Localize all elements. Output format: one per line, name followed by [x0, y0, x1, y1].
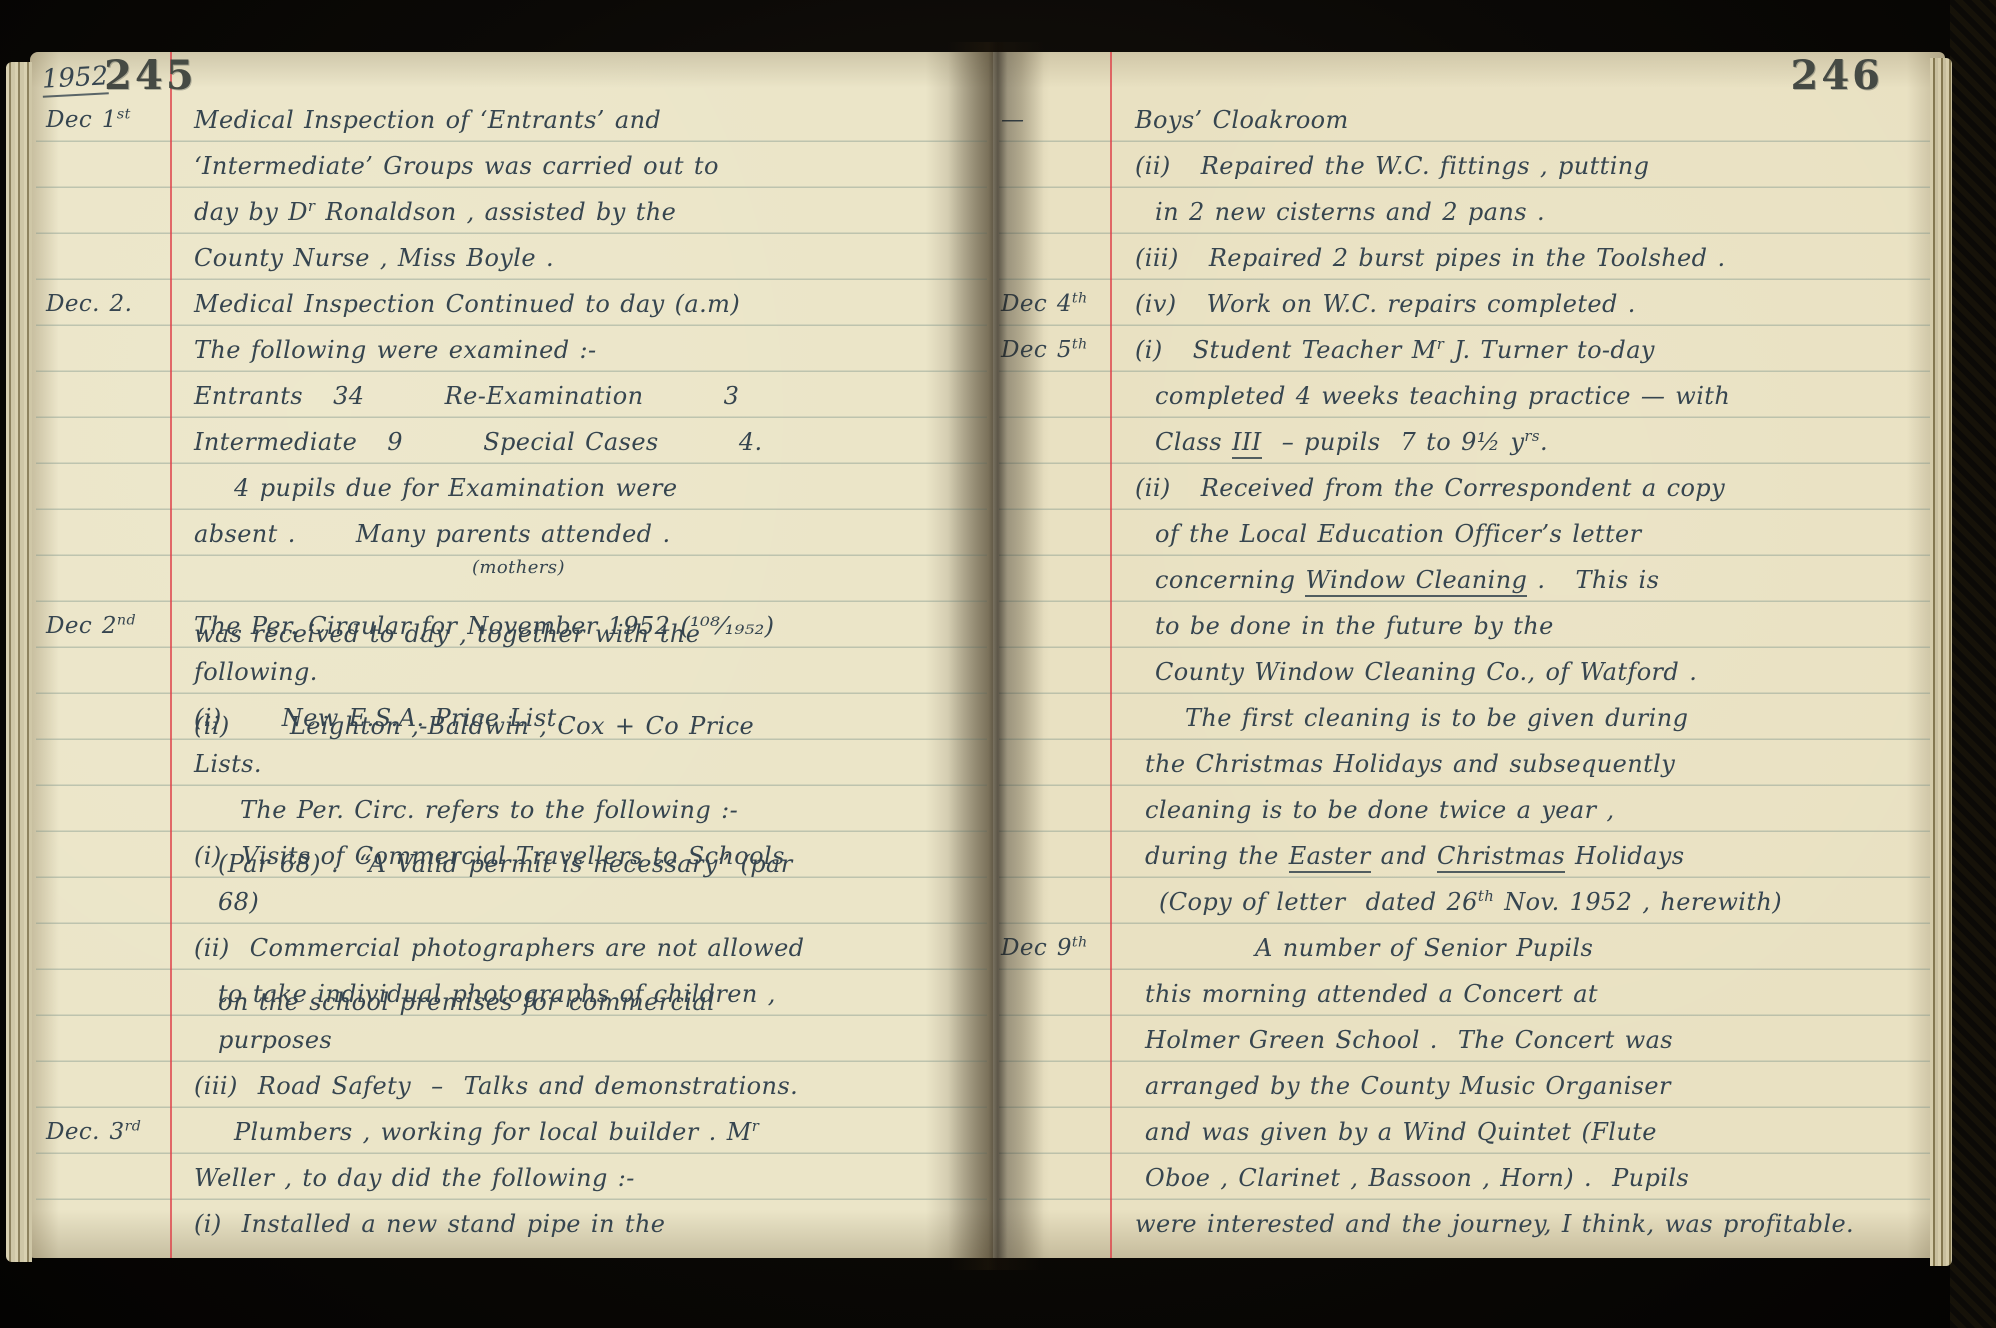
margin-date — [30, 921, 172, 924]
manuscript-line: (Par 68) . “A Valid permit is necessary”… — [30, 878, 993, 924]
entry-text: The Per. Circ. refers to the following :… — [172, 791, 993, 832]
margin-date: Dec 9th — [993, 929, 1113, 970]
margin-date — [30, 829, 172, 832]
manuscript-line: were interested and the journey, I think… — [993, 1200, 1945, 1246]
entry-text: on the school premises for commercial pu… — [172, 983, 993, 1062]
manuscript-line: cleaning is to be done twice a year , — [993, 786, 1945, 832]
entry-text: absent . Many parents attended .(mothers… — [172, 515, 993, 556]
entry-text: Intermediate 9 Special Cases 4. — [172, 423, 993, 464]
margin-date — [30, 691, 172, 694]
margin-date: Dec 4th — [993, 285, 1113, 326]
entry-text: this morning attended a Concert at — [1113, 975, 1945, 1016]
manuscript-line: arranged by the County Music Organiser — [993, 1062, 1945, 1108]
manuscript-line: Oboe , Clarinet , Bassoon , Horn) . Pupi… — [993, 1154, 1945, 1200]
entry-text: Medical Inspection of ‘Entrants’ and — [172, 101, 993, 142]
manuscript-line: Dec 9thA number of Senior Pupils — [993, 924, 1945, 970]
margin-date — [30, 507, 172, 510]
manuscript-line: during the Easter and Christmas Holidays — [993, 832, 1945, 878]
manuscript-line: absent . Many parents attended .(mothers… — [30, 510, 993, 556]
right-page-edges — [1930, 58, 1952, 1266]
left-page: 1952 245 Dec 1stMedical Inspection of ‘E… — [30, 52, 993, 1258]
left-page-header: 1952 245 — [42, 56, 197, 96]
manuscript-line: (i) Installed a new stand pipe in the — [30, 1200, 993, 1246]
entry-text: (Par 68) . “A Valid permit is necessary”… — [172, 845, 993, 924]
entry-text: concerning Window Cleaning . This is — [1113, 561, 1945, 602]
margin-date — [30, 461, 172, 464]
margin-date — [993, 737, 1113, 740]
manuscript-line: and was given by a Wind Quintet (Flute — [993, 1108, 1945, 1154]
entry-text: (ii) Received from the Correspondent a c… — [1113, 469, 1945, 510]
margin-date — [993, 599, 1113, 602]
entry-text — [172, 599, 993, 602]
manuscript-column: Dec 1stMedical Inspection of ‘Entrants’ … — [30, 96, 993, 1246]
margin-date — [30, 231, 172, 234]
margin-date — [30, 875, 172, 878]
manuscript-line: —Boys’ Cloakroom — [993, 96, 1945, 142]
margin-date — [993, 1059, 1113, 1062]
margin-date: Dec. 3rd — [30, 1113, 172, 1154]
book-spread-background: 1952 245 Dec 1stMedical Inspection of ‘E… — [0, 0, 1996, 1328]
entry-text: Class III – pupils 7 to 9½ yrs. — [1113, 423, 1945, 464]
manuscript-line: Dec. 2.Medical Inspection Continued to d… — [30, 280, 993, 326]
margin-date — [30, 185, 172, 188]
page-number-stamp: 246 — [1791, 56, 1884, 96]
entry-text: Medical Inspection Continued to day (a.m… — [172, 285, 993, 326]
manuscript-line: The first cleaning is to be given during — [993, 694, 1945, 740]
margin-date — [30, 1059, 172, 1062]
manuscript-line: Intermediate 9 Special Cases 4. — [30, 418, 993, 464]
entry-text: during the Easter and Christmas Holidays — [1113, 837, 1945, 878]
inserted-word: (mothers) — [472, 549, 565, 587]
entry-text: (ii) Leighton ,-Baldwin , Cox + Co Price… — [172, 707, 993, 786]
entry-text: cleaning is to be done twice a year , — [1113, 791, 1945, 832]
margin-date — [993, 921, 1113, 924]
book-binding — [1950, 0, 1996, 1328]
manuscript-line: day by Dr Ronaldson , assisted by the — [30, 188, 993, 234]
manuscript-line: ‘Intermediate’ Groups was carried out to — [30, 142, 993, 188]
margin-date — [993, 1105, 1113, 1108]
margin-date — [30, 553, 172, 556]
manuscript-line: Weller , to day did the following :- — [30, 1154, 993, 1200]
manuscript-line: County Nurse , Miss Boyle . — [30, 234, 993, 280]
manuscript-line: (ii) Commercial photographers are not al… — [30, 924, 993, 970]
margin-date — [30, 415, 172, 418]
margin-date — [30, 1197, 172, 1200]
margin-date — [993, 461, 1113, 464]
entry-text: (iii) Road Safety – Talks and demonstrat… — [172, 1067, 993, 1108]
manuscript-line: was received to day , together with the … — [30, 648, 993, 694]
entry-text: (ii) Repaired the W.C. fittings , puttin… — [1113, 147, 1945, 188]
margin-date — [993, 1013, 1113, 1016]
margin-date — [30, 1105, 172, 1108]
manuscript-line: Dec 1stMedical Inspection of ‘Entrants’ … — [30, 96, 993, 142]
entry-text: Holmer Green School . The Concert was — [1113, 1021, 1945, 1062]
entry-text: (ii) Commercial photographers are not al… — [172, 929, 993, 970]
manuscript-line: (ii) Repaired the W.C. fittings , puttin… — [993, 142, 1945, 188]
entry-text: The first cleaning is to be given during — [1113, 699, 1945, 740]
manuscript-line: concerning Window Cleaning . This is — [993, 556, 1945, 602]
manuscript-line: completed 4 weeks teaching practice — wi… — [993, 372, 1945, 418]
manuscript-line: 4 pupils due for Examination were — [30, 464, 993, 510]
margin-date: Dec 5th — [993, 331, 1113, 372]
margin-date — [30, 737, 172, 740]
margin-date — [993, 277, 1113, 280]
entry-text: the Christmas Holidays and subsequently — [1113, 745, 1945, 786]
entry-text: The following were examined :- — [172, 331, 993, 372]
page-number-stamp: 245 — [104, 56, 197, 96]
margin-date — [993, 415, 1113, 418]
margin-date — [993, 875, 1113, 878]
right-page: 246 —Boys’ Cloakroom(ii) Repaired the W.… — [993, 52, 1945, 1258]
manuscript-line: of the Local Education Officer’s letter — [993, 510, 1945, 556]
margin-date: Dec 2nd — [30, 607, 172, 648]
entry-text: and was given by a Wind Quintet (Flute — [1113, 1113, 1945, 1154]
margin-date — [993, 691, 1113, 694]
margin-date — [30, 599, 172, 602]
margin-date: Dec. 2. — [30, 285, 172, 326]
entry-text: completed 4 weeks teaching practice — wi… — [1113, 377, 1945, 418]
manuscript-column: —Boys’ Cloakroom(ii) Repaired the W.C. f… — [993, 96, 1945, 1246]
entry-text: (i) Installed a new stand pipe in the — [172, 1205, 993, 1246]
entry-text: ‘Intermediate’ Groups was carried out to — [172, 147, 993, 188]
entry-text: A number of Senior Pupils — [1113, 929, 1945, 970]
margin-date — [30, 1013, 172, 1016]
manuscript-line: (iii) Road Safety – Talks and demonstrat… — [30, 1062, 993, 1108]
entry-text: County Window Cleaning Co., of Watford . — [1113, 653, 1945, 694]
manuscript-line: Dec 4th(iv) Work on W.C. repairs complet… — [993, 280, 1945, 326]
margin-date — [30, 277, 172, 280]
entry-text: in 2 new cisterns and 2 pans . — [1113, 193, 1945, 234]
manuscript-line: the Christmas Holidays and subsequently — [993, 740, 1945, 786]
margin-date — [993, 783, 1113, 786]
margin-date — [993, 1151, 1113, 1154]
manuscript-line: on the school premises for commercial pu… — [30, 1016, 993, 1062]
margin-date — [993, 507, 1113, 510]
manuscript-line: Class III – pupils 7 to 9½ yrs. — [993, 418, 1945, 464]
margin-date — [30, 1243, 172, 1246]
entry-text: (iii) Repaired 2 burst pipes in the Tool… — [1113, 239, 1945, 280]
margin-date — [993, 185, 1113, 188]
entry-text: (iv) Work on W.C. repairs completed . — [1113, 285, 1945, 326]
manuscript-line: Dec 5th(i) Student Teacher Mr J. Turner … — [993, 326, 1945, 372]
entry-text: (Copy of letter dated 26th Nov. 1952 , h… — [1113, 883, 1945, 924]
manuscript-line: Entrants 34 Re-Examination 3 — [30, 372, 993, 418]
manuscript-line: (ii) Received from the Correspondent a c… — [993, 464, 1945, 510]
manuscript-line: The following were examined :- — [30, 326, 993, 372]
margin-date — [993, 829, 1113, 832]
manuscript-line: to be done in the future by the — [993, 602, 1945, 648]
entry-text: (i) Student Teacher Mr J. Turner to-day — [1113, 331, 1945, 372]
manuscript-line: Holmer Green School . The Concert was — [993, 1016, 1945, 1062]
manuscript-line: (Copy of letter dated 26th Nov. 1952 , h… — [993, 878, 1945, 924]
manuscript-line: The Per. Circ. refers to the following :… — [30, 786, 993, 832]
margin-date: Dec 1st — [30, 101, 172, 142]
margin-date — [30, 783, 172, 786]
entry-text: were interested and the journey, I think… — [1113, 1205, 1945, 1246]
manuscript-line: County Window Cleaning Co., of Watford . — [993, 648, 1945, 694]
entry-text: to be done in the future by the — [1113, 607, 1945, 648]
handwritten-year: 1952 — [41, 61, 109, 97]
margin-date — [993, 645, 1113, 648]
margin-date — [30, 967, 172, 970]
margin-date — [993, 231, 1113, 234]
entry-text: was received to day , together with the … — [172, 615, 993, 694]
entry-text: 4 pupils due for Examination were — [172, 469, 993, 510]
manuscript-line: in 2 new cisterns and 2 pans . — [993, 188, 1945, 234]
entry-text: Oboe , Clarinet , Bassoon , Horn) . Pupi… — [1113, 1159, 1945, 1200]
margin-date — [30, 369, 172, 372]
entry-text: arranged by the County Music Organiser — [1113, 1067, 1945, 1108]
manuscript-line: (ii) Leighton ,-Baldwin , Cox + Co Price… — [30, 740, 993, 786]
margin-date — [993, 1243, 1113, 1246]
manuscript-line: Dec. 3rdPlumbers , working for local bui… — [30, 1108, 993, 1154]
margin-date — [993, 553, 1113, 556]
entry-text: day by Dr Ronaldson , assisted by the — [172, 193, 993, 234]
entry-text: Entrants 34 Re-Examination 3 — [172, 377, 993, 418]
entry-text: of the Local Education Officer’s letter — [1113, 515, 1945, 556]
left-page-edges — [6, 62, 32, 1262]
manuscript-line: this morning attended a Concert at — [993, 970, 1945, 1016]
right-page-header: 246 — [1791, 56, 1884, 96]
manuscript-line: (iii) Repaired 2 burst pipes in the Tool… — [993, 234, 1945, 280]
entry-text: Plumbers , working for local builder . M… — [172, 1113, 993, 1154]
margin-date: — — [993, 101, 1113, 142]
entry-text: Boys’ Cloakroom — [1113, 101, 1945, 142]
entry-text: County Nurse , Miss Boyle . — [172, 239, 993, 280]
entry-text: Weller , to day did the following :- — [172, 1159, 993, 1200]
margin-date — [993, 1197, 1113, 1200]
